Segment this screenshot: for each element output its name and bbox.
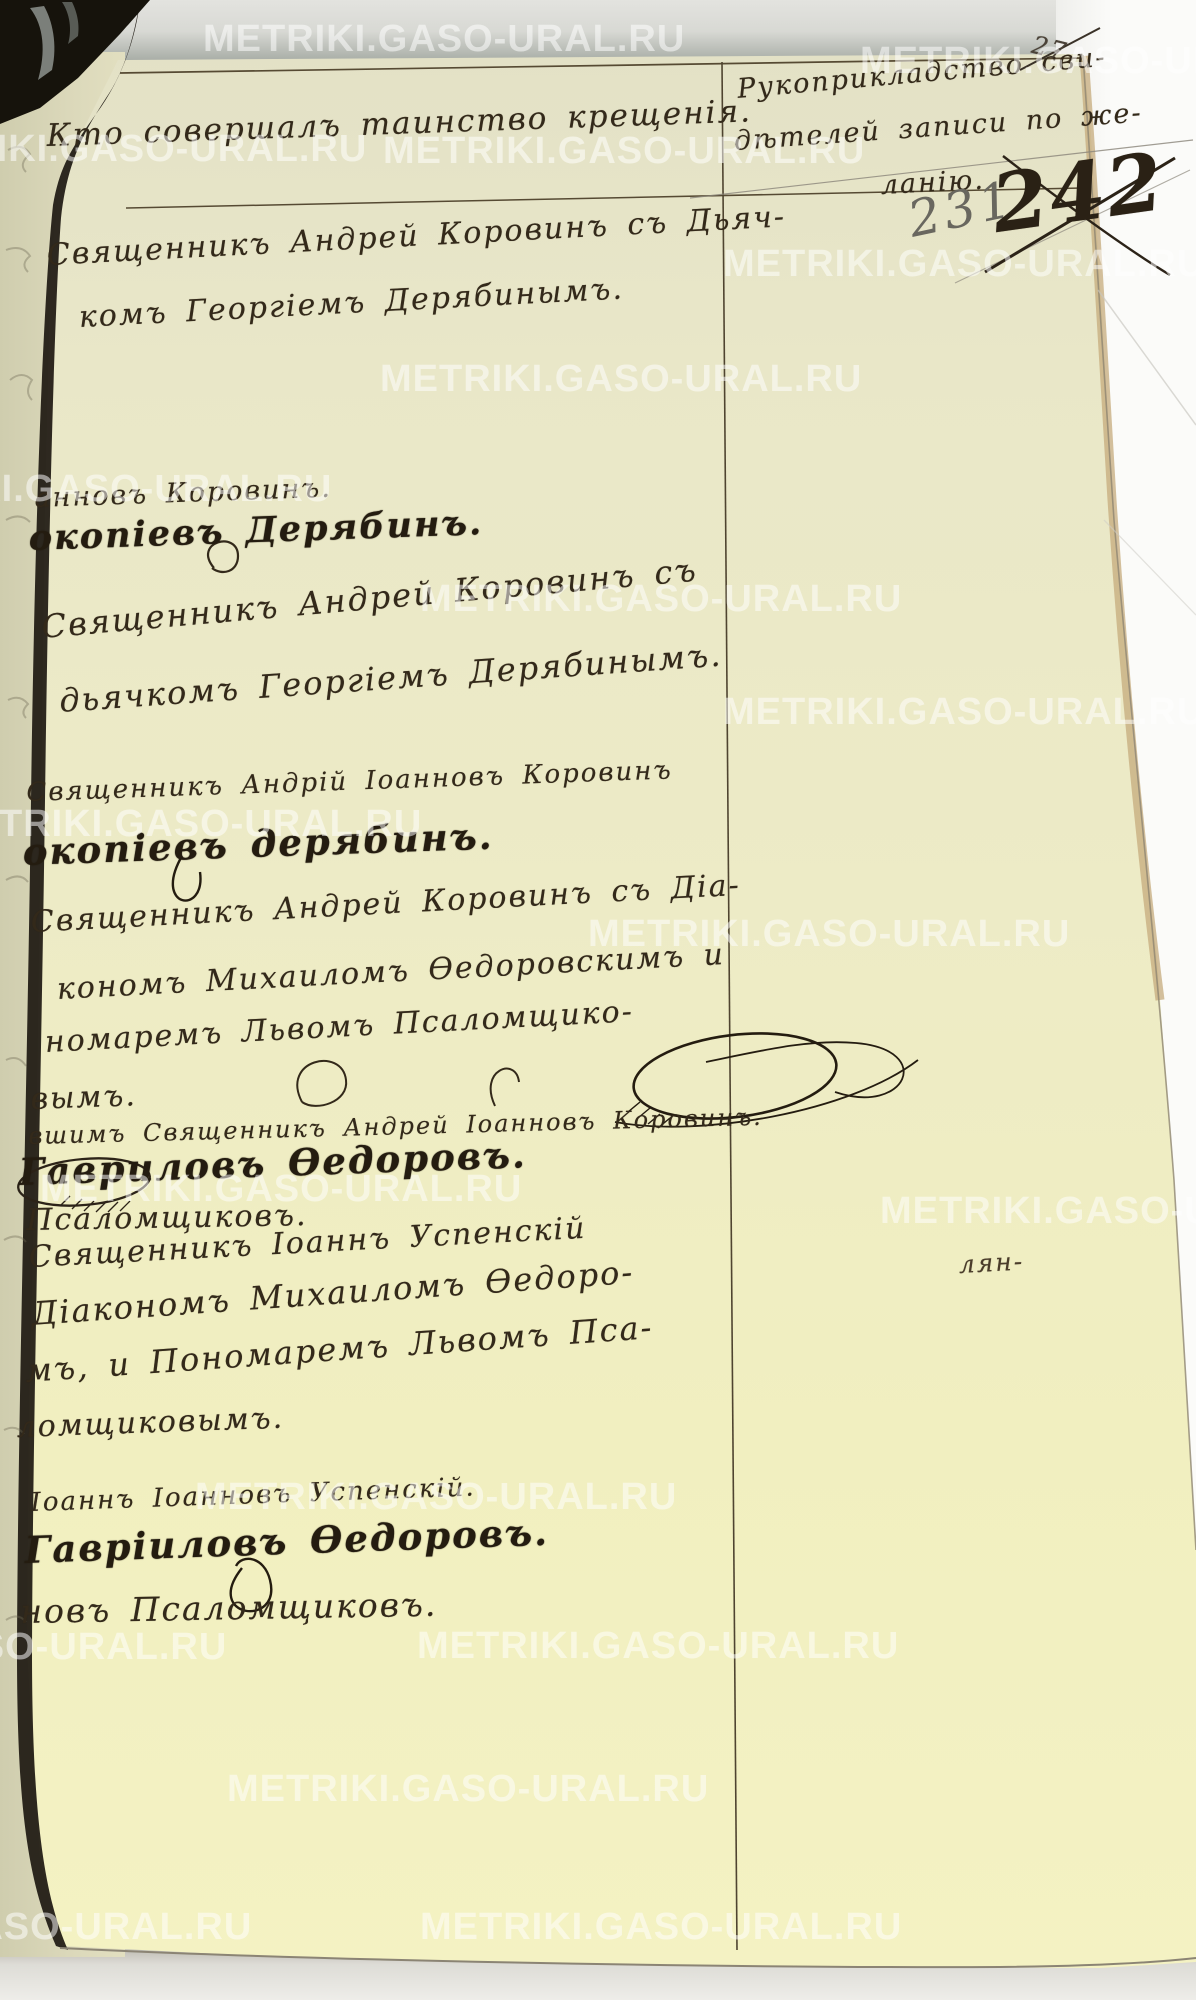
handwritten-entry-line: новъ Псаломщиковъ. (20, 1585, 438, 1631)
handwritten-entry-line: вымъ. (30, 1078, 137, 1117)
right-column-note: лян- (958, 1247, 1025, 1279)
document-scan: Кто совершалъ таинство крещенія. Рукопри… (0, 0, 1196, 2000)
